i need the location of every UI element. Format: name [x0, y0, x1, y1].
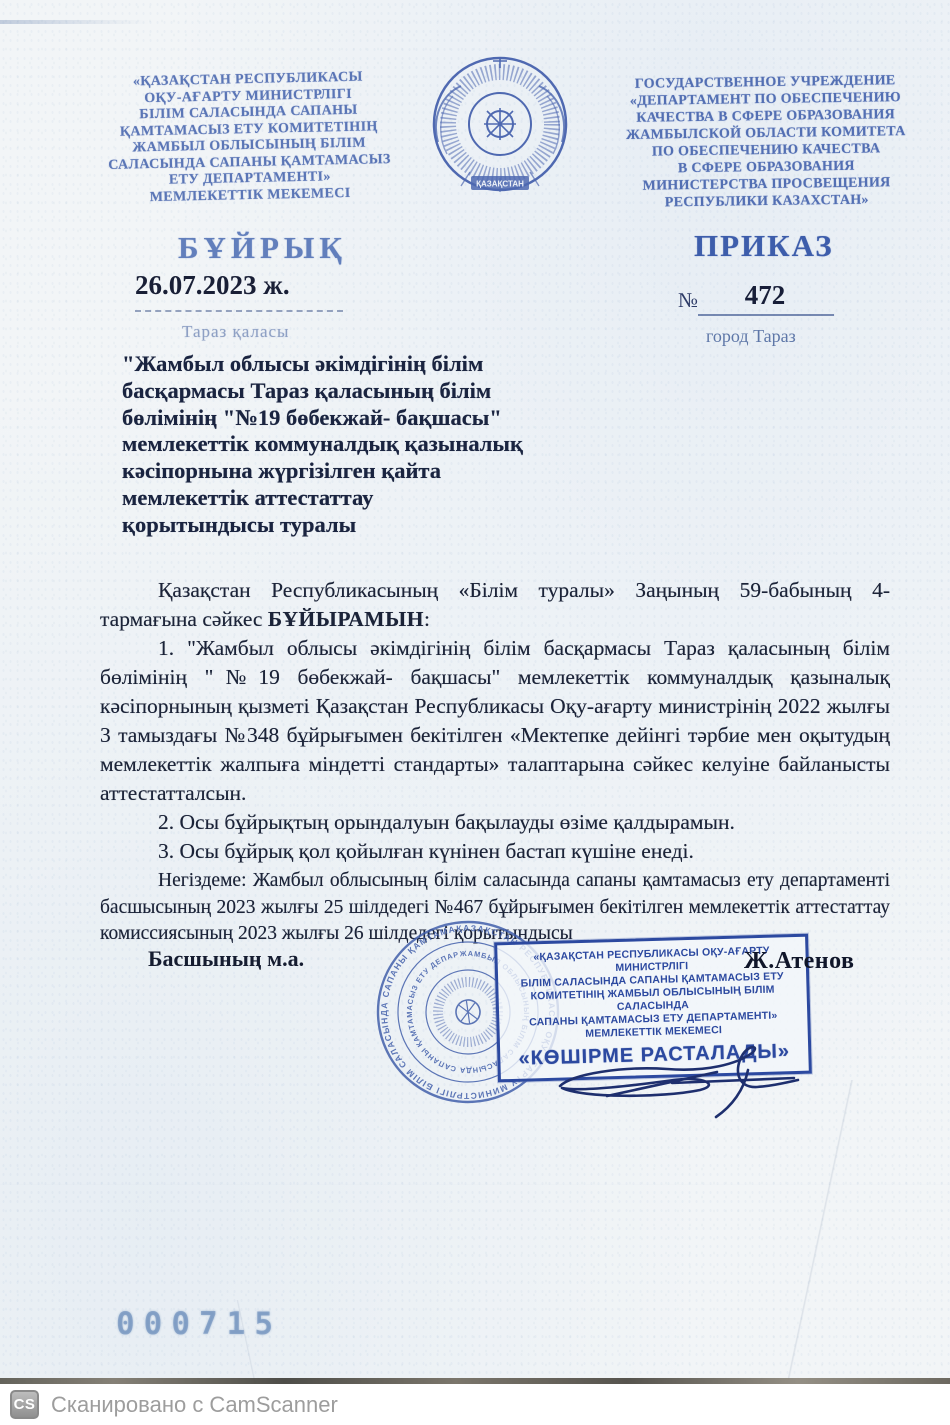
subject-line: кәсіпорнына жүргізілген қайта: [122, 458, 567, 485]
clause-3: 3. Осы бұйрық қол қойылған күнінен баста…: [100, 837, 890, 866]
subject-line: қорытындысы туралы: [122, 512, 567, 539]
number-underline: [698, 314, 834, 316]
emblem-banner-label: ҚАЗАҚСТАН: [476, 180, 524, 189]
scan-smudge: [0, 20, 150, 24]
order-body: Қазақстан Республикасының «Білім туралы»…: [100, 576, 890, 948]
signatory-role: Басшының м.а.: [148, 946, 304, 972]
subject-line: мемлекеттік коммуналдық қазыналық: [122, 431, 567, 458]
date-underline: [135, 310, 343, 312]
kazakhstan-coat-of-arms-icon: ҚАЗАҚСТАН: [423, 50, 577, 208]
preamble-text: Қазақстан Республикасының «Білім туралы»…: [100, 578, 890, 631]
subject-line: басқармасы Тараз қаласының білім: [122, 378, 567, 405]
order-date: 26.07.2023 ж.: [135, 270, 290, 301]
preamble-paragraph: Қазақстан Республикасының «Білім туралы»…: [100, 576, 890, 634]
order-title-kazakh: БҰЙРЫҚ: [178, 230, 347, 266]
order-number: 472: [700, 280, 830, 311]
order-number-label: №: [678, 288, 698, 313]
page-number-stamp: 000715: [116, 1306, 282, 1342]
handwritten-signature: [552, 1038, 802, 1123]
order-place-russian: город Тараз: [706, 326, 796, 347]
order-title-russian: ПРИКАЗ: [694, 228, 834, 264]
issuer-name-russian: ГОСУДАРСТВЕННОЕ УЧРЕЖДЕНИЕ «ДЕПАРТАМЕНТ …: [597, 72, 935, 213]
scanned-document-page: «ҚАЗАҚСТАН РЕСПУБЛИКАСЫ ОҚУ-АҒАРТУ МИНИС…: [0, 0, 950, 1425]
order-verb: БҰЙЫРАМЫН: [268, 607, 424, 631]
preamble-colon: :: [424, 607, 430, 631]
camscanner-caption: Сканировано с CamScanner: [51, 1392, 338, 1418]
order-place-kazakh: Тараз қаласы: [182, 322, 289, 342]
signatory-name: Ж.Атенов: [744, 948, 855, 975]
order-subject: "Жамбыл облысы әкімдігінің білім басқарм…: [122, 351, 567, 539]
clause-1: 1. "Жамбыл облысы әкімдігінің білім басқ…: [100, 634, 890, 808]
subject-line: "Жамбыл облысы әкімдігінің білім: [122, 351, 567, 378]
clause-2: 2. Осы бұйрықтың орындалуын бақылауды өз…: [100, 808, 890, 837]
camscanner-footer: CS Сканировано с CamScanner: [0, 1384, 950, 1425]
subject-line: мемлекеттік аттестаттау: [122, 485, 567, 512]
camscanner-icon: CS: [10, 1390, 39, 1419]
issuer-name-kazakh: «ҚАЗАҚСТАН РЕСПУБЛИКАСЫ ОҚУ-АҒАРТУ МИНИС…: [87, 69, 412, 208]
subject-line: бөлімінің "№19 бөбекжай- бақшасы": [122, 405, 567, 432]
